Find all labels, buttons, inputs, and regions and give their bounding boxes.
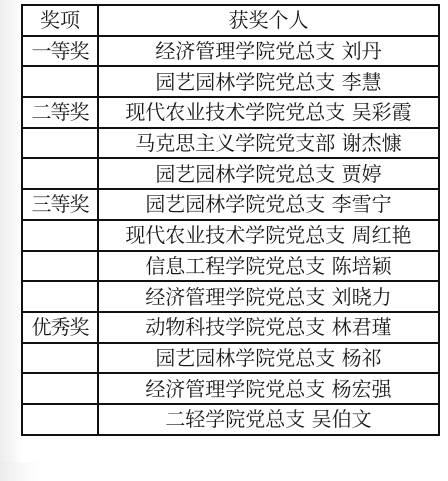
awards-table: 奖项 获奖个人 一等奖 经济管理学院党总支 刘丹 园艺园林学院党总支 李慧 二等… <box>21 4 440 436</box>
award-level-cell: 二等奖 <box>22 97 98 128</box>
winner-cell: 动物科技学院党总支 林君瑾 <box>98 312 439 343</box>
winner-cell: 园艺园林学院党总支 李雪宁 <box>98 189 439 220</box>
award-level-cell <box>22 404 98 435</box>
table-row: 园艺园林学院党总支 杨祁 <box>22 343 439 374</box>
table-row: 园艺园林学院党总支 李慧 <box>22 66 439 97</box>
table-row: 经济管理学院党总支 刘晓力 <box>22 281 439 312</box>
table-row: 园艺园林学院党总支 贾婷 <box>22 158 439 189</box>
table-row: 信息工程学院党总支 陈培颖 <box>22 251 439 282</box>
table-row: 优秀奖 动物科技学院党总支 林君瑾 <box>22 312 439 343</box>
winner-cell: 经济管理学院党总支 杨宏强 <box>98 373 439 404</box>
award-level-cell <box>22 128 98 159</box>
award-level-cell: 优秀奖 <box>22 312 98 343</box>
table-row: 经济管理学院党总支 杨宏强 <box>22 373 439 404</box>
winner-cell: 园艺园林学院党总支 杨祁 <box>98 343 439 374</box>
award-level-cell <box>22 220 98 251</box>
award-level-cell <box>22 281 98 312</box>
table-row: 现代农业技术学院党总支 周红艳 <box>22 220 439 251</box>
table-header-row: 奖项 获奖个人 <box>22 5 439 36</box>
table-row: 一等奖 经济管理学院党总支 刘丹 <box>22 36 439 67</box>
winner-cell: 马克思主义学院党支部 谢杰慷 <box>98 128 439 159</box>
award-level-cell <box>22 66 98 97</box>
winner-cell: 现代农业技术学院党总支 吴彩霞 <box>98 97 439 128</box>
table-row: 二轻学院党总支 吴伯文 <box>22 404 439 435</box>
winner-cell: 现代农业技术学院党总支 周红艳 <box>98 220 439 251</box>
table-row: 三等奖 园艺园林学院党总支 李雪宁 <box>22 189 439 220</box>
table-row: 马克思主义学院党支部 谢杰慷 <box>22 128 439 159</box>
background-edge <box>0 462 448 481</box>
award-level-cell <box>22 343 98 374</box>
award-level-cell: 一等奖 <box>22 36 98 67</box>
award-level-cell: 三等奖 <box>22 189 98 220</box>
winner-cell: 经济管理学院党总支 刘丹 <box>98 36 439 67</box>
award-level-cell <box>22 251 98 282</box>
header-award-level: 奖项 <box>22 5 98 36</box>
award-level-cell <box>22 373 98 404</box>
award-level-cell <box>22 158 98 189</box>
winner-cell: 园艺园林学院党总支 李慧 <box>98 66 439 97</box>
table-row: 二等奖 现代农业技术学院党总支 吴彩霞 <box>22 97 439 128</box>
winner-cell: 园艺园林学院党总支 贾婷 <box>98 158 439 189</box>
winner-cell: 二轻学院党总支 吴伯文 <box>98 404 439 435</box>
winner-cell: 信息工程学院党总支 陈培颖 <box>98 251 439 282</box>
header-winner: 获奖个人 <box>98 5 439 36</box>
winner-cell: 经济管理学院党总支 刘晓力 <box>98 281 439 312</box>
